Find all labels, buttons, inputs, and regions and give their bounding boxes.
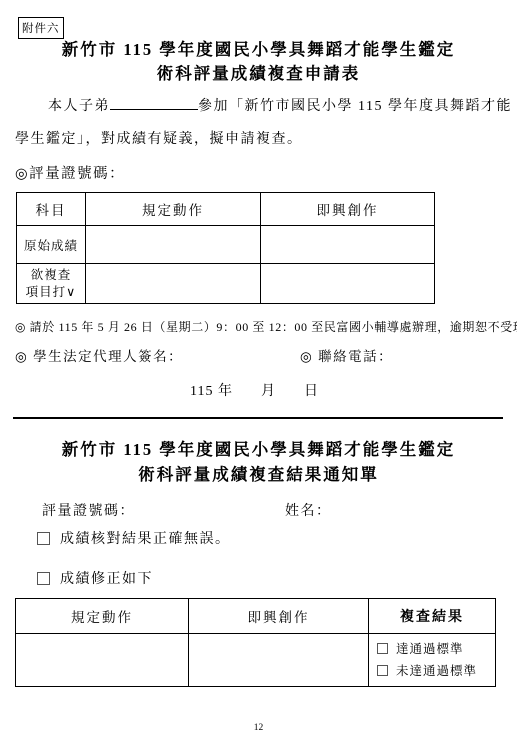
- intro-line1: 本人子弟參加「新竹市國民小學 115 學年度具舞蹈才能: [48, 95, 512, 115]
- application-title-line2: 術科評量成績複查申請表: [0, 62, 517, 86]
- attachment-badge: 附件六: [18, 17, 64, 39]
- recheck-set-moves-cell: [86, 264, 261, 304]
- original-set-moves-cell: [86, 226, 261, 264]
- date-month: 月: [261, 384, 276, 399]
- deadline-note: ◎ 請於 115 年 5 月 26 日（星期二）9：00 至 12：00 至民富…: [15, 318, 517, 335]
- result-table: 規定動作 即興創作 複查結果 達通過標準 未達通過標準: [15, 598, 496, 687]
- scores-row-original-label: 原始成績: [17, 226, 86, 264]
- student-name-blank: [110, 96, 198, 110]
- notice-cert-number-label: 評量證號碼：: [42, 500, 135, 520]
- result-corrected-checkbox[interactable]: [37, 572, 50, 585]
- result-corrected-label: 成績修正如下: [60, 572, 153, 587]
- intro-prefix: 本人子弟: [48, 99, 110, 114]
- result-header-set-moves: 規定動作: [16, 599, 189, 634]
- document-page: 附件六 新竹市 115 學年度國民小學具舞蹈才能學生鑑定 術科評量成績複查申請表…: [0, 0, 517, 752]
- result-correct-label: 成績核對結果正確無誤。: [60, 532, 231, 547]
- pass-option: 達通過標準: [377, 638, 495, 660]
- application-title-line1: 新竹市 115 學年度國民小學具舞蹈才能學生鑑定: [0, 38, 517, 62]
- scores-row-recheck-label: 欲複查 項目打∨: [17, 264, 86, 304]
- result-header-result: 複查結果: [369, 599, 496, 634]
- date-line: 115 年月日: [190, 380, 319, 400]
- notice-title-line2: 術科評量成績複查結果通知單: [0, 462, 517, 487]
- scores-header-subject: 科目: [17, 193, 86, 226]
- result-correct-row: 成績核對結果正確無誤。: [37, 528, 231, 548]
- fail-label: 未達通過標準: [396, 664, 477, 678]
- original-improv-cell: [261, 226, 435, 264]
- result-options-cell: 達通過標準 未達通過標準: [369, 634, 496, 687]
- scores-table: 科目 規定動作 即興創作 原始成績 欲複查 項目打∨: [16, 192, 435, 304]
- result-header-improv: 即興創作: [189, 599, 369, 634]
- guardian-signature-label: ◎ 學生法定代理人簽名：: [15, 345, 183, 365]
- notice-name-label: 姓名：: [285, 500, 332, 520]
- table-row: 達通過標準 未達通過標準: [16, 634, 496, 687]
- intro-line2: 學生鑑定」，對成績有疑義，擬申請複查。: [15, 128, 303, 148]
- contact-phone-label: ◎ 聯絡電話：: [300, 345, 393, 365]
- section-divider: [13, 417, 503, 419]
- application-cert-number-label: ◎評量證號碼：: [15, 162, 125, 183]
- application-title: 新竹市 115 學年度國民小學具舞蹈才能學生鑑定 術科評量成績複查申請表: [0, 38, 517, 86]
- intro-suffix: 參加「新竹市國民小學 115 學年度具舞蹈才能: [198, 99, 512, 114]
- result-set-moves-cell: [16, 634, 189, 687]
- pass-label: 達通過標準: [396, 642, 464, 656]
- result-correct-checkbox[interactable]: [37, 532, 50, 545]
- result-corrected-row: 成績修正如下: [37, 568, 153, 588]
- pass-checkbox[interactable]: [377, 643, 388, 654]
- result-improv-cell: [189, 634, 369, 687]
- table-row: 欲複查 項目打∨: [17, 264, 435, 304]
- recheck-improv-cell: [261, 264, 435, 304]
- table-row: 原始成績: [17, 226, 435, 264]
- notice-title: 新竹市 115 學年度國民小學具舞蹈才能學生鑑定 術科評量成績複查結果通知單: [0, 437, 517, 487]
- fail-checkbox[interactable]: [377, 665, 388, 676]
- fail-option: 未達通過標準: [377, 660, 495, 682]
- date-day: 日: [304, 384, 319, 399]
- scores-header-set-moves: 規定動作: [86, 193, 261, 226]
- date-year: 115 年: [190, 384, 233, 399]
- page-number: 12: [0, 723, 517, 733]
- notice-title-line1: 新竹市 115 學年度國民小學具舞蹈才能學生鑑定: [0, 437, 517, 462]
- scores-header-improv: 即興創作: [261, 193, 435, 226]
